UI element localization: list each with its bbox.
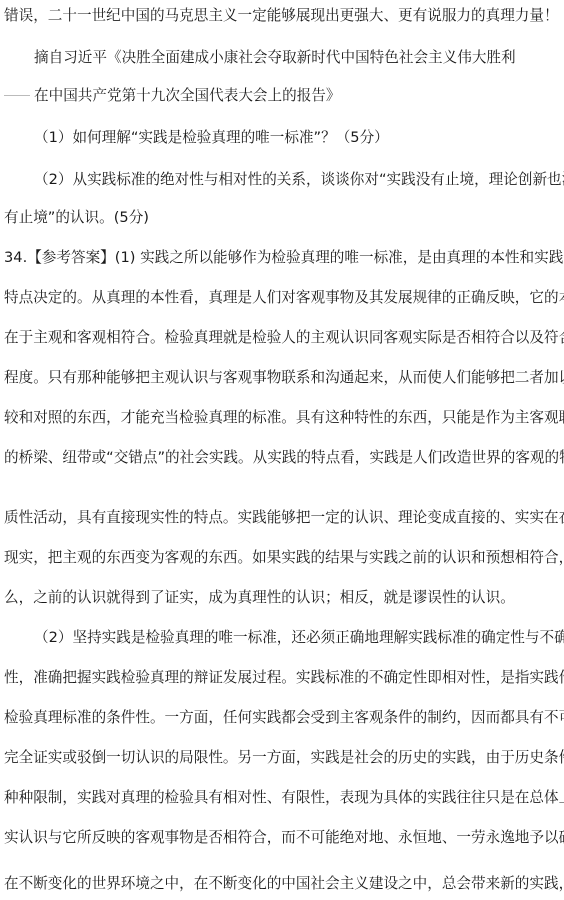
intro-tail: 错误，二十一世纪中国的马克思主义一定能够展现出更强大、更有说服力的真理力量！: [4, 6, 559, 26]
question-1: （1）如何理解“实践是检验真理的唯一标准”？（5分）: [34, 128, 389, 148]
question-2-line-2: 有止境”的认识。(5分): [4, 208, 149, 228]
source-line-2: 在中国共产党第十九次全国代表大会上的报告》: [34, 86, 340, 106]
answer-line: 在不断变化的世界环境之中，在不断变化的中国社会主义建设之中，总会带来新的实践，在: [4, 874, 564, 894]
answer-line: 在于主观和客观相符合。检验真理就是检验人的主观认识同客观实际是否相符合以及符合的: [4, 328, 564, 348]
answer-line: 完全证实或驳倒一切认识的局限性。另一方面，实践是社会的历史的实践，由于历史条件的: [4, 748, 564, 768]
answer-line: 性，准确把握实践检验真理的辩证发展过程。实践标准的不确定性即相对性，是指实践作为: [4, 668, 564, 688]
answer-line: 么，之前的认识就得到了证实，成为真理性的认识；相反，就是谬误性的认识。: [4, 588, 515, 608]
answer-line: 质性活动，具有直接现实性的特点。实践能够把一定的认识、理论变成直接的、实实在在的: [4, 508, 564, 528]
answer-line: 程度。只有那种能够把主观认识与客观事物联系和沟通起来，从而使人们能够把二者加以比: [4, 368, 564, 388]
dash-divider: [4, 95, 30, 96]
answer-line: 种种限制，实践对真理的检验具有相对性、有限性，表现为具体的实践往往只是在总体上证: [4, 788, 564, 808]
answer-line: 检验真理标准的条件性。一方面，任何实践都会受到主客观条件的制约，因而都具有不可能: [4, 708, 564, 728]
answer-line: （2）坚持实践是检验真理的唯一标准，还必须正确地理解实践标准的确定性与不确定: [34, 628, 564, 648]
answer-line: 实认识与它所反映的客观事物是否相符合，而不可能绝对地、永恒地、一劳永逸地予以确证…: [4, 828, 564, 848]
source-line-1: 摘自习近平《决胜全面建成小康社会夺取新时代中国特色社会主义伟大胜利: [34, 48, 516, 68]
question-2-line-1: （2）从实践标准的绝对性与相对性的关系，谈谈你对“实践没有止境，理论创新也没: [34, 170, 564, 190]
answer-line: 的桥梁、纽带或“交错点”的社会实践。从实践的特点看，实践是人们改造世界的客观的物: [4, 448, 564, 468]
answer-line: 较和对照的东西，才能充当检验真理的标准。具有这种特性的东西，只能是作为主客观联系: [4, 408, 564, 428]
answer-line: 现实，把主观的东西变为客观的东西。如果实践的结果与实践之前的认识和预想相符合，那: [4, 548, 564, 568]
answer-line: 特点决定的。从真理的本性看，真理是人们对客观事物及其发展规律的正确反映，它的本性: [4, 288, 564, 308]
answer-line: 34.【参考答案】(1) 实践之所以能够作为检验真理的唯一标准，是由真理的本性和…: [4, 248, 564, 268]
